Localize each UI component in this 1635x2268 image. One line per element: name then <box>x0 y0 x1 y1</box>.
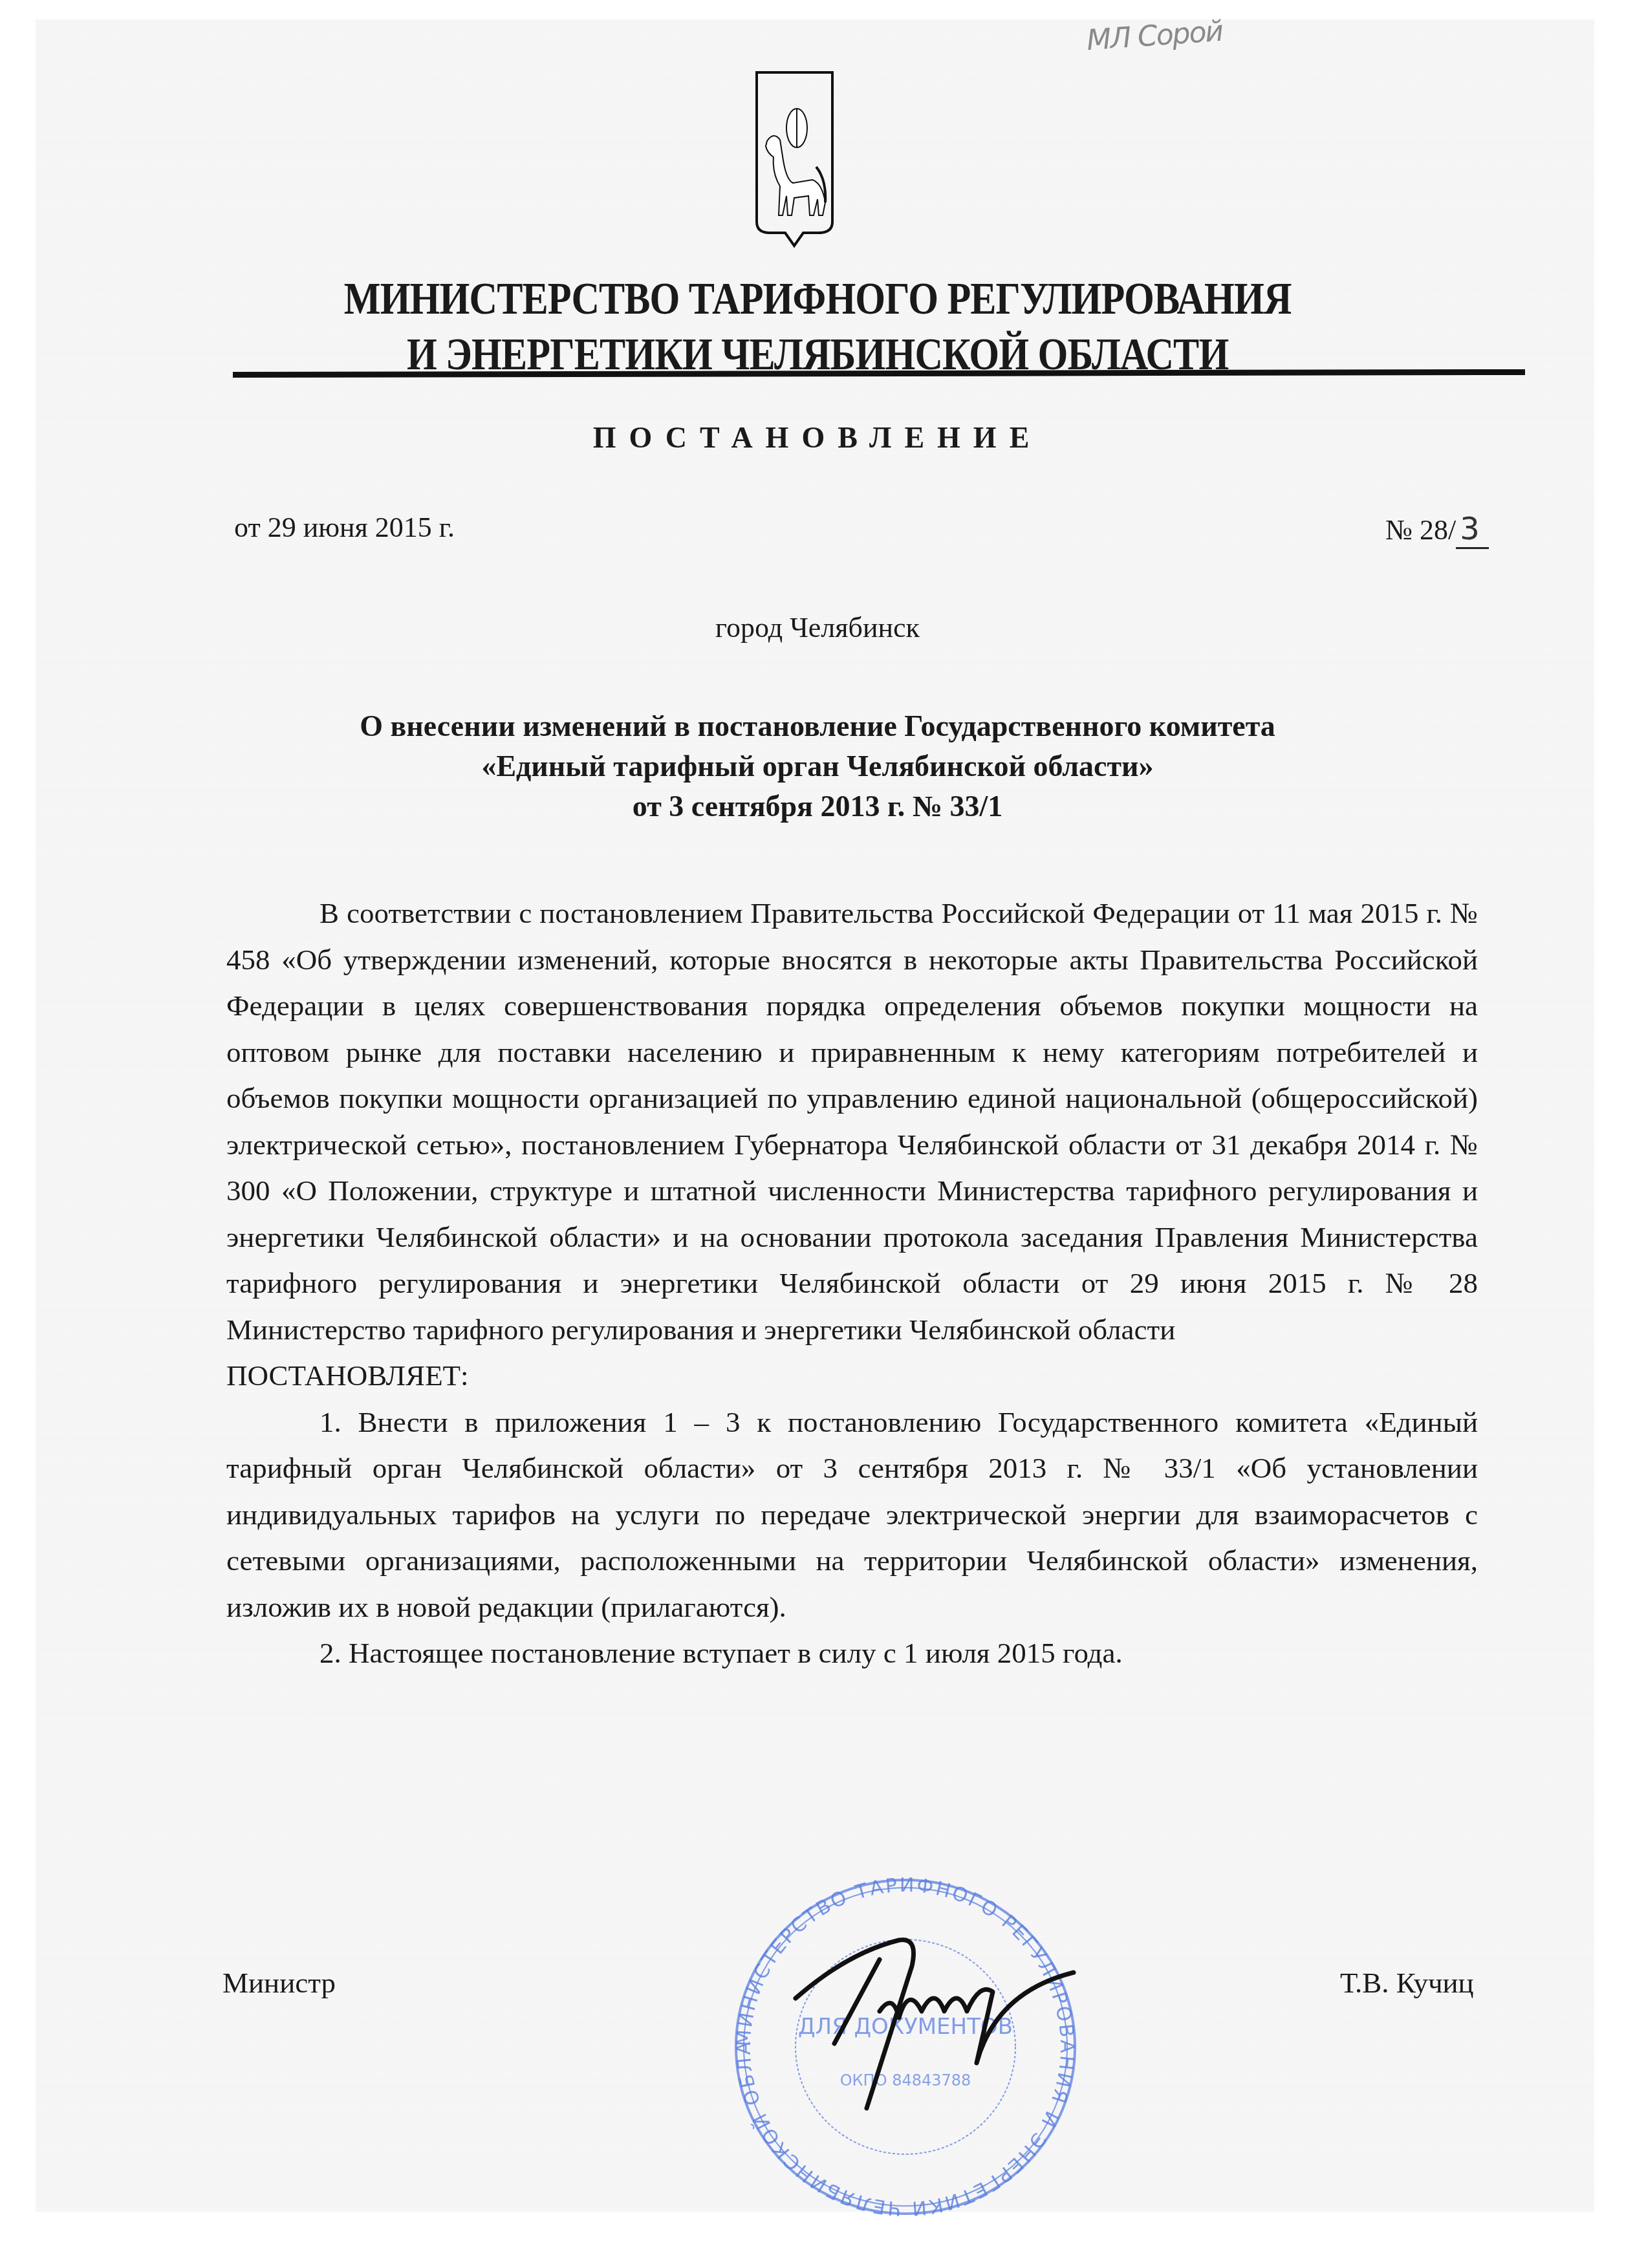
subject-line1: О внесении изменений в постановление Гос… <box>0 706 1635 746</box>
subject-line3: от 3 сентября 2013 г. № 33/1 <box>0 786 1635 826</box>
decree-item-1: 1. Внести в приложения 1 – 3 к постановл… <box>226 1399 1478 1631</box>
preamble-paragraph: В соответствии с постановлением Правител… <box>226 891 1478 1353</box>
document-date: от 29 июня 2015 г. <box>234 511 455 544</box>
city: город Челябинск <box>0 611 1635 644</box>
document-body: В соответствии с постановлением Правител… <box>226 891 1478 1677</box>
signatory-role: Министр <box>222 1966 336 2000</box>
coat-of-arms-icon <box>754 70 835 251</box>
document-number-prefix: № 28/ <box>1385 514 1456 546</box>
handwritten-signature-icon <box>770 1914 1080 2128</box>
decree-word: ПОСТАНОВЛЯЕТ: <box>226 1353 1478 1399</box>
document-type: ПОСТАНОВЛЕНИЕ <box>0 420 1635 455</box>
document-number-handwritten: 3 <box>1456 511 1489 549</box>
signatory-name: Т.В. Кучиц <box>1340 1966 1474 2000</box>
decree-item-2: 2. Настоящее постановление вступает в си… <box>226 1630 1478 1677</box>
ministry-title: МИНИСТЕРСТВО ТАРИФНОГО РЕГУЛИРОВАНИЯ И Э… <box>114 272 1521 383</box>
document-subject: О внесении изменений в постановление Гос… <box>0 706 1635 826</box>
document-number: № 28/3 <box>1385 511 1489 547</box>
ministry-title-line1: МИНИСТЕРСТВО ТАРИФНОГО РЕГУЛИРОВАНИЯ <box>114 272 1521 327</box>
subject-line2: «Единый тарифный орган Челябинской облас… <box>0 746 1635 786</box>
